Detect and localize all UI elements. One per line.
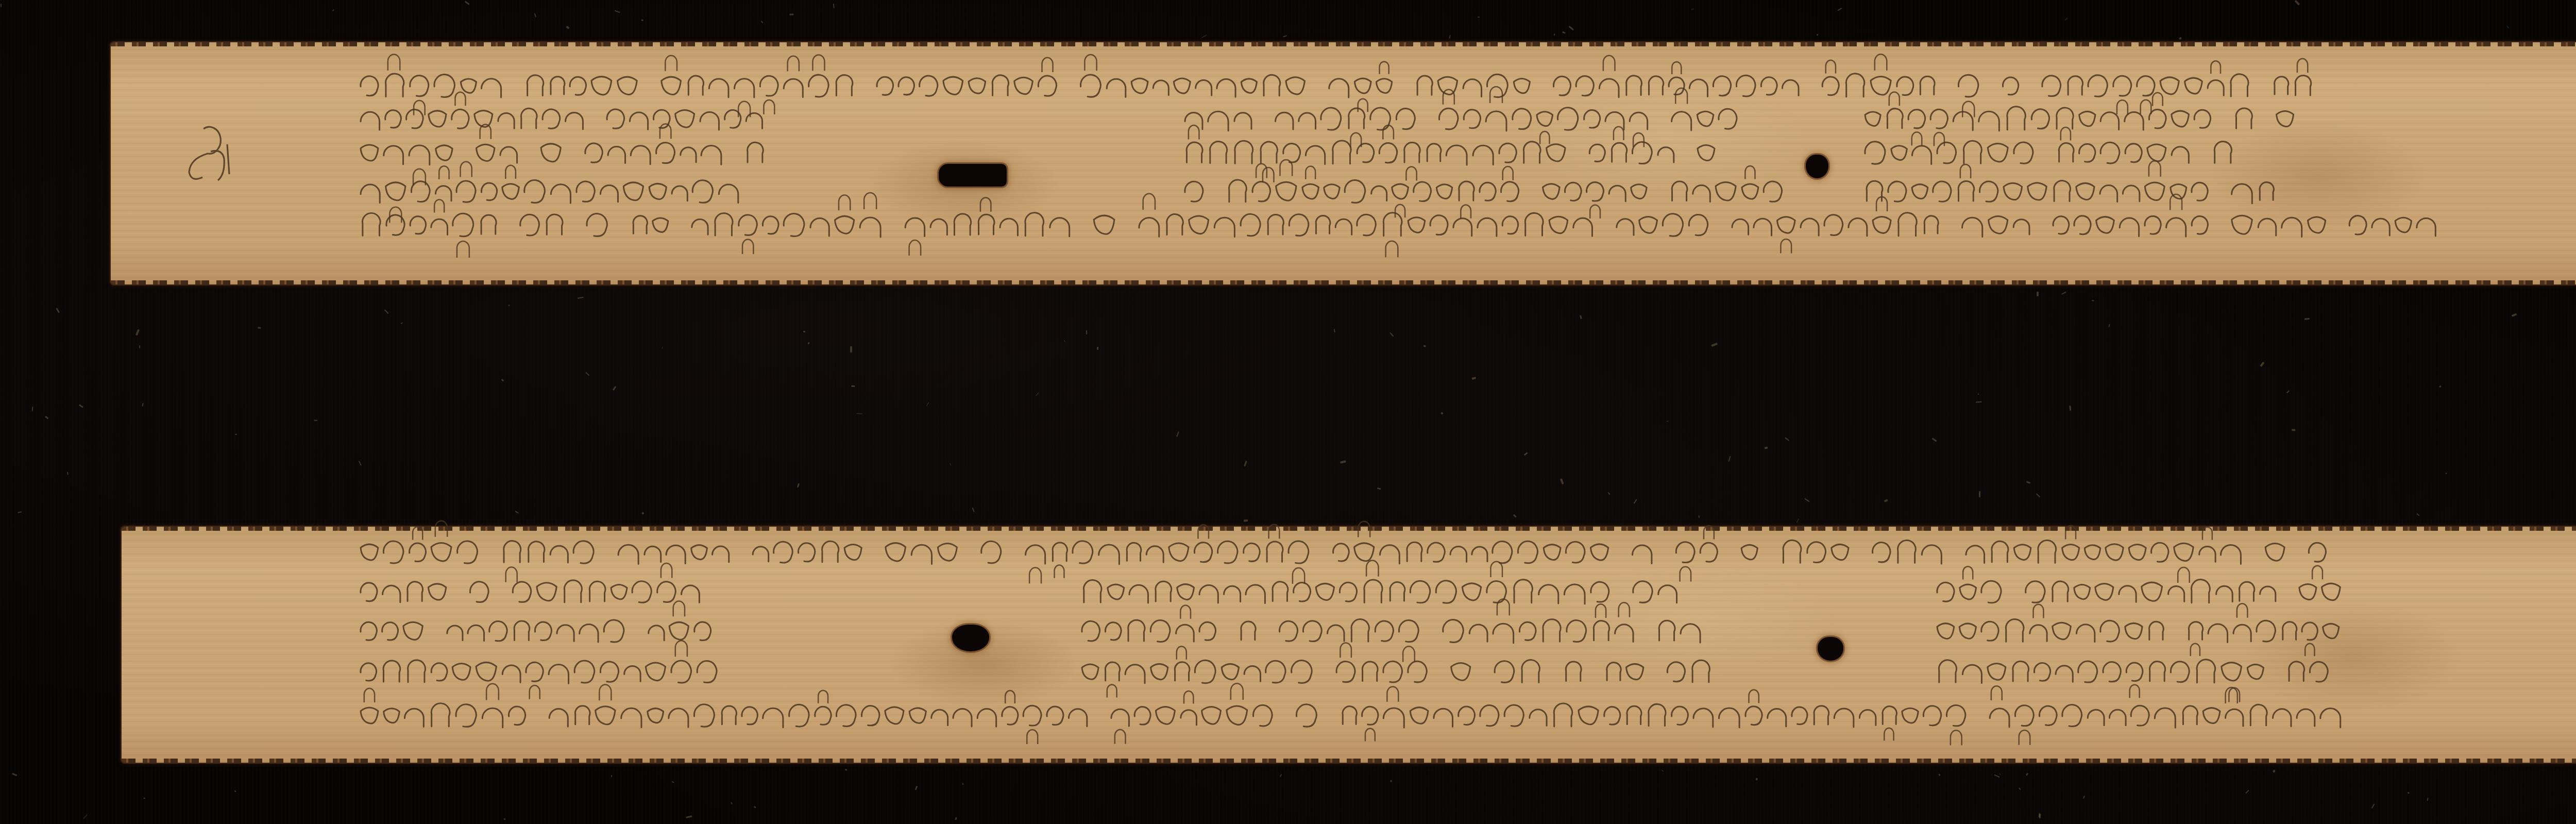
binding-hole [952,625,989,651]
binding-hole [1806,155,1828,178]
handwritten-burmese-script [0,0,2576,824]
binding-hole [939,164,1007,187]
binding-hole [1818,637,1843,661]
